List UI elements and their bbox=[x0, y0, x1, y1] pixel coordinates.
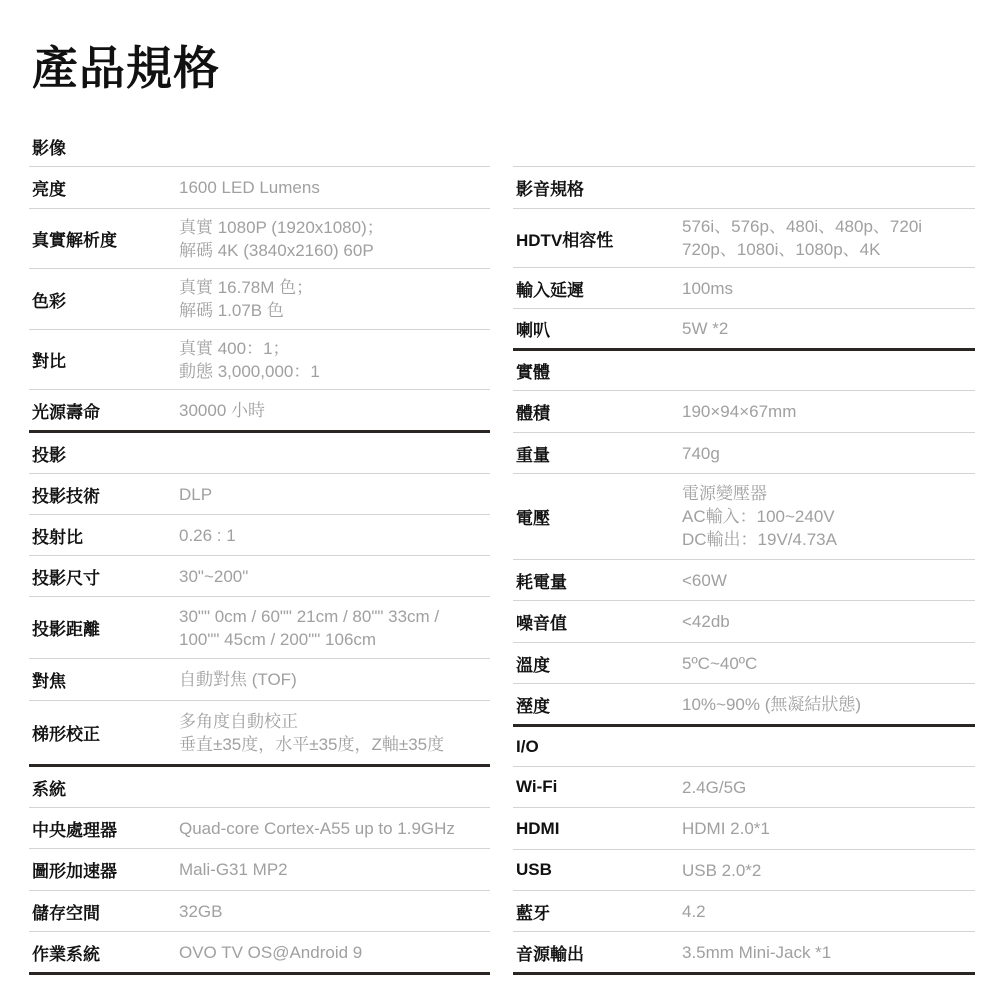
spec-row: 投影尺寸30"~200" bbox=[29, 556, 490, 596]
section-header: 實體 bbox=[513, 351, 975, 390]
spec-value: Quad-core Cortex-A55 up to 1.9GHz bbox=[179, 817, 455, 840]
page-title: 產品規格 bbox=[32, 38, 220, 98]
spec-row: 光源壽命30000 小時 bbox=[29, 390, 490, 431]
spec-row: 溫度5ºC~40ºC bbox=[513, 643, 975, 683]
spec-row: Wi-Fi2.4G/5G bbox=[513, 767, 975, 807]
spec-value: 100ms bbox=[682, 277, 733, 300]
spec-label: 投影技術 bbox=[29, 482, 179, 507]
spec-value: 1600 LED Lumens bbox=[179, 176, 320, 199]
spec-value: 32GB bbox=[179, 900, 222, 923]
spec-row: 電壓電源變壓器 AC輸入：100~240V DC輸出：19V/4.73A bbox=[513, 474, 975, 559]
spec-row: 投影距離30"" 0cm / 60"" 21cm / 80"" 33cm / 1… bbox=[29, 597, 490, 658]
spec-label: 重量 bbox=[513, 441, 682, 466]
spec-value: 190×94×67mm bbox=[682, 400, 796, 423]
spec-value: 真實 1080P (1920x1080)； 解碼 4K (3840x2160) … bbox=[179, 216, 384, 262]
spec-label: 投影距離 bbox=[29, 615, 179, 640]
spec-value: 5W *2 bbox=[682, 317, 728, 340]
spec-label: 梯形校正 bbox=[29, 720, 179, 745]
spec-row: 作業系統OVO TV OS@Android 9 bbox=[29, 932, 490, 972]
spec-value: OVO TV OS@Android 9 bbox=[179, 941, 362, 964]
spec-value: 10%~90% (無凝結狀態) bbox=[682, 693, 861, 716]
spec-row: 投影技術DLP bbox=[29, 474, 490, 514]
spec-label: 耗電量 bbox=[513, 568, 682, 593]
spec-label: 電壓 bbox=[513, 504, 682, 529]
spec-row: 儲存空間32GB bbox=[29, 891, 490, 931]
spec-row: HDTV相容性576i、576p、480i、480p、720i 720p、108… bbox=[513, 209, 975, 267]
spec-row: 圖形加速器Mali-G31 MP2 bbox=[29, 849, 490, 890]
spec-row: 藍牙4.2 bbox=[513, 891, 975, 931]
spec-row: 輸入延遲100ms bbox=[513, 268, 975, 308]
spec-label: 作業系統 bbox=[29, 940, 179, 965]
section-header: I/O bbox=[513, 727, 975, 766]
spec-value: 740g bbox=[682, 442, 720, 465]
spec-label: 音源輸出 bbox=[513, 940, 682, 965]
spec-value: 576i、576p、480i、480p、720i 720p、1080i、1080… bbox=[682, 215, 922, 261]
spec-row: 音源輸出3.5mm Mini-Jack *1 bbox=[513, 932, 975, 972]
section-divider bbox=[29, 972, 490, 975]
spec-value: 30"" 0cm / 60"" 21cm / 80"" 33cm / 100""… bbox=[179, 605, 439, 651]
spec-row: 噪音值<42db bbox=[513, 601, 975, 642]
spec-label: 投射比 bbox=[29, 523, 179, 548]
spec-label: USB bbox=[513, 860, 682, 880]
spec-value: 2.4G/5G bbox=[682, 776, 746, 799]
spec-row: HDMIHDMI 2.0*1 bbox=[513, 808, 975, 849]
spec-value: 電源變壓器 AC輸入：100~240V DC輸出：19V/4.73A bbox=[682, 482, 837, 551]
section-title: I/O bbox=[513, 737, 539, 757]
spec-label: 噪音值 bbox=[513, 609, 682, 634]
spec-value: 多角度自動校正 垂直±35度，水平±35度，Z軸±35度 bbox=[179, 710, 444, 756]
section-title: 影音規格 bbox=[513, 175, 584, 200]
spec-value: HDMI 2.0*1 bbox=[682, 817, 770, 840]
spec-value: 4.2 bbox=[682, 900, 706, 923]
spec-row: 體積190×94×67mm bbox=[513, 391, 975, 432]
spec-label: 儲存空間 bbox=[29, 899, 179, 924]
spec-label: 藍牙 bbox=[513, 899, 682, 924]
spec-value: <42db bbox=[682, 610, 730, 633]
section-title: 投影 bbox=[29, 441, 66, 466]
section-header: 影像 bbox=[29, 126, 490, 166]
spec-value: DLP bbox=[179, 483, 212, 506]
spec-row: 對焦自動對焦 (TOF) bbox=[29, 659, 490, 700]
spec-label: 溼度 bbox=[513, 692, 682, 717]
section-title: 實體 bbox=[513, 358, 550, 383]
spec-label: 對焦 bbox=[29, 667, 179, 692]
spec-value: 真實 400：1； 動態 3,000,000：1 bbox=[179, 337, 320, 383]
spec-label: 色彩 bbox=[29, 287, 179, 312]
spec-value: 5ºC~40ºC bbox=[682, 652, 757, 675]
spec-value: USB 2.0*2 bbox=[682, 859, 761, 882]
spec-label: HDTV相容性 bbox=[513, 226, 682, 251]
spec-label: 溫度 bbox=[513, 651, 682, 676]
section-title: 系統 bbox=[29, 775, 66, 800]
spec-label: HDMI bbox=[513, 819, 682, 839]
spec-label: 喇叭 bbox=[513, 316, 682, 341]
spec-value: 3.5mm Mini-Jack *1 bbox=[682, 941, 831, 964]
spec-row: 中央處理器Quad-core Cortex-A55 up to 1.9GHz bbox=[29, 808, 490, 848]
spec-label: 亮度 bbox=[29, 175, 179, 200]
spec-row: 喇叭5W *2 bbox=[513, 309, 975, 348]
spec-label: 真實解析度 bbox=[29, 226, 179, 251]
spec-label: 體積 bbox=[513, 399, 682, 424]
spec-value: 30"~200" bbox=[179, 565, 248, 588]
spec-label: Wi-Fi bbox=[513, 777, 682, 797]
spec-label: 輸入延遲 bbox=[513, 276, 682, 301]
spec-row: 對比真實 400：1； 動態 3,000,000：1 bbox=[29, 330, 490, 389]
spec-value: 自動對焦 (TOF) bbox=[179, 668, 297, 691]
spec-value: Mali-G31 MP2 bbox=[179, 858, 288, 881]
spec-value: 0.26 : 1 bbox=[179, 524, 236, 547]
section-divider bbox=[513, 972, 975, 975]
spec-value: 30000 小時 bbox=[179, 399, 265, 422]
section-header: 影音規格 bbox=[513, 167, 975, 208]
spec-value: <60W bbox=[682, 569, 727, 592]
section-title: 影像 bbox=[29, 134, 66, 159]
spec-row: 色彩真實 16.78M 色； 解碼 1.07B 色 bbox=[29, 269, 490, 329]
spec-row: 投射比0.26 : 1 bbox=[29, 515, 490, 555]
spec-label: 圖形加速器 bbox=[29, 857, 179, 882]
spec-row: 重量740g bbox=[513, 433, 975, 473]
spec-label: 對比 bbox=[29, 347, 179, 372]
spec-row: 真實解析度真實 1080P (1920x1080)； 解碼 4K (3840x2… bbox=[29, 209, 490, 268]
spec-row: 亮度1600 LED Lumens bbox=[29, 167, 490, 208]
spec-label: 投影尺寸 bbox=[29, 564, 179, 589]
spec-row: 溼度10%~90% (無凝結狀態) bbox=[513, 684, 975, 724]
section-header: 投影 bbox=[29, 433, 490, 473]
spec-label: 光源壽命 bbox=[29, 398, 179, 423]
section-header: 系統 bbox=[29, 767, 490, 807]
spec-row: USBUSB 2.0*2 bbox=[513, 850, 975, 890]
spec-row: 耗電量<60W bbox=[513, 560, 975, 600]
spec-row: 梯形校正多角度自動校正 垂直±35度，水平±35度，Z軸±35度 bbox=[29, 701, 490, 764]
spec-label: 中央處理器 bbox=[29, 816, 179, 841]
spec-value: 真實 16.78M 色； 解碼 1.07B 色 bbox=[179, 276, 313, 322]
